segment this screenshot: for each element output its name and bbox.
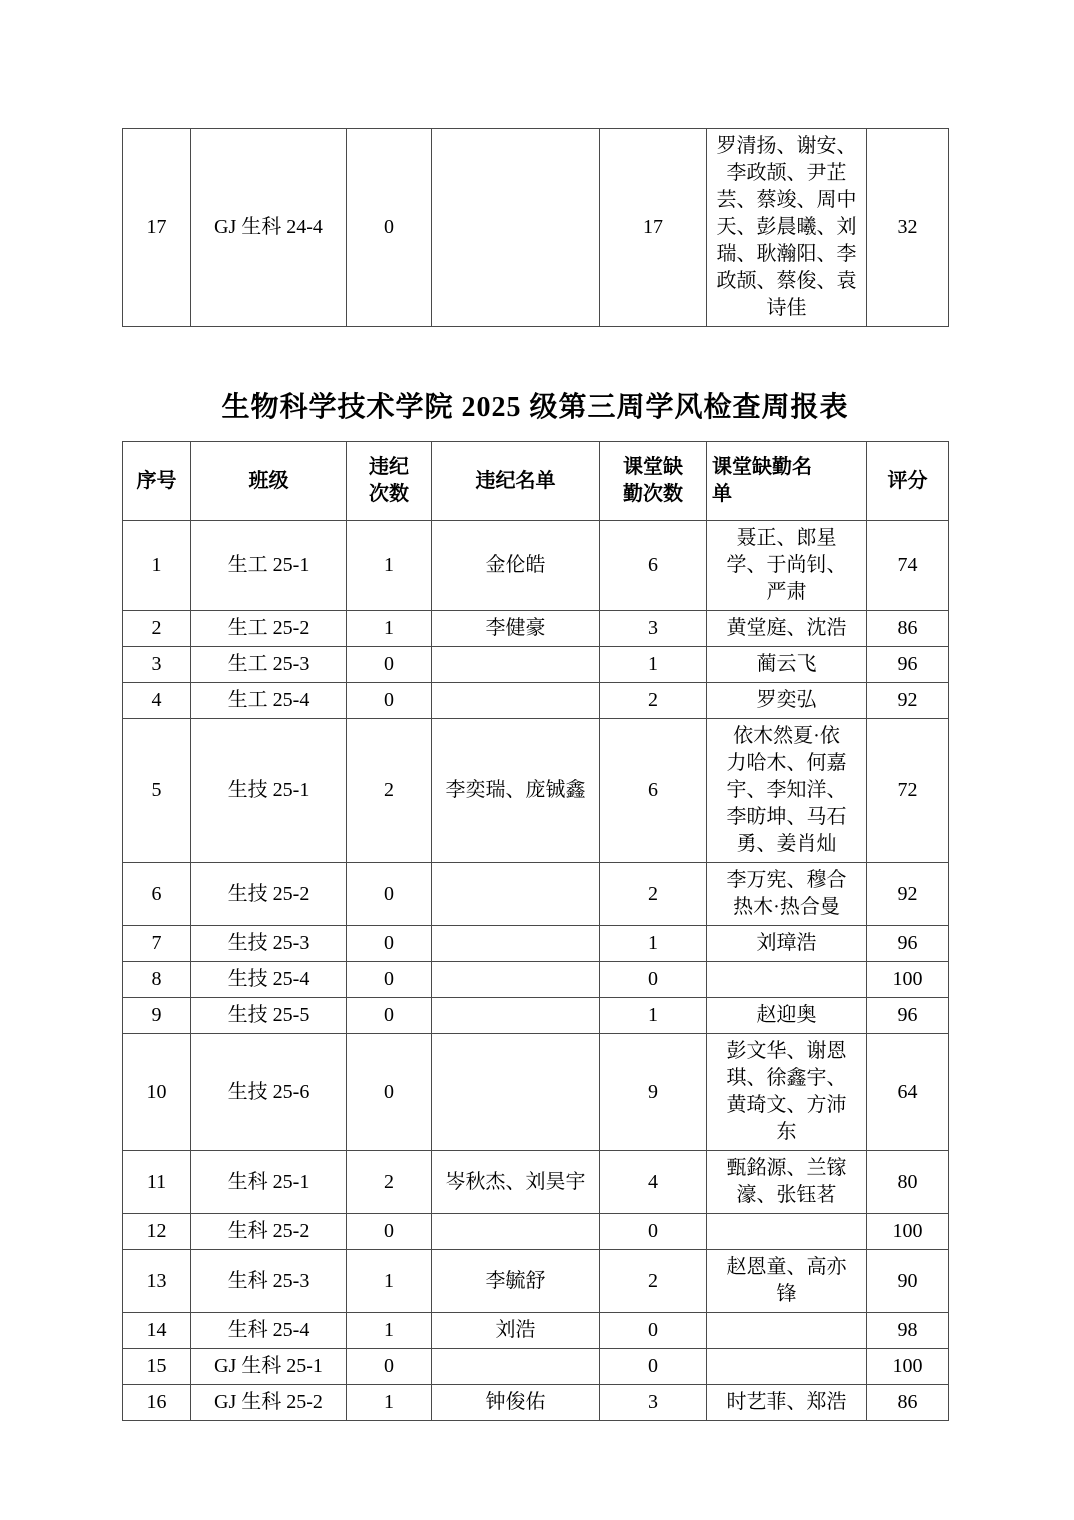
cell-score: 72 [867, 719, 949, 863]
cell-absence-count: 3 [600, 611, 707, 647]
report-table-row: 3生工 25-301蔺云飞96 [123, 647, 949, 683]
cell-violation-count: 2 [347, 719, 432, 863]
cell-class-name: 生科 25-1 [191, 1151, 347, 1214]
report-table-row: 5生技 25-12李奕瑞、庞铖鑫6依木然夏·依 力哈木、何嘉 宇、李知洋、 李昉… [123, 719, 949, 863]
report-table-row: 14生科 25-41刘浩098 [123, 1313, 949, 1349]
cell-absence-count: 2 [600, 863, 707, 926]
cell-row-number: 9 [123, 998, 191, 1034]
cell-violation-count: 1 [347, 611, 432, 647]
cell-violation-count: 0 [347, 1034, 432, 1151]
cell-absence-count: 9 [600, 1034, 707, 1151]
cell-absence-names: 罗奕弘 [707, 683, 867, 719]
cell-absence-count: 17 [600, 129, 707, 327]
cell-violation-count: 2 [347, 1151, 432, 1214]
cell-absence-names: 罗清扬、谢安、 李政颉、尹芷 芸、蔡竣、周中 天、彭晨曦、刘 瑞、耿瀚阳、李 政… [707, 129, 867, 327]
cell-row-number: 13 [123, 1250, 191, 1313]
cell-violation-count: 0 [347, 1349, 432, 1385]
cell-violation-count: 0 [347, 926, 432, 962]
cell-score: 80 [867, 1151, 949, 1214]
cell-absence-count: 0 [600, 962, 707, 998]
page-title: 生物科学技术学院 2025 级第三周学风检查周报表 [122, 385, 948, 425]
cell-violation-names [432, 998, 600, 1034]
report-table-row: 11生科 25-12岑秋杰、刘昊宇4甄銘源、兰镓 濠、张钰茗80 [123, 1151, 949, 1214]
cell-violation-names [432, 129, 600, 327]
cell-violation-count: 0 [347, 962, 432, 998]
cell-score: 32 [867, 129, 949, 327]
cell-score: 74 [867, 521, 949, 611]
cell-violation-count: 1 [347, 1313, 432, 1349]
cell-score: 96 [867, 926, 949, 962]
cell-class-name: 生技 25-1 [191, 719, 347, 863]
cell-row-number: 17 [123, 129, 191, 327]
cell-absence-count: 3 [600, 1385, 707, 1421]
carryover-table: 17 GJ 生科 24-4 0 17 罗清扬、谢安、 李政颉、尹芷 芸、蔡竣、周… [122, 128, 949, 327]
cell-class-name: 生科 25-3 [191, 1250, 347, 1313]
cell-class-name: 生工 25-4 [191, 683, 347, 719]
report-table-row: 15GJ 生科 25-100100 [123, 1349, 949, 1385]
cell-violation-names: 刘浩 [432, 1313, 600, 1349]
cell-absence-count: 2 [600, 1250, 707, 1313]
cell-absence-count: 6 [600, 521, 707, 611]
cell-class-name: 生技 25-3 [191, 926, 347, 962]
report-table-row: 4生工 25-402罗奕弘92 [123, 683, 949, 719]
cell-violation-names: 李健豪 [432, 611, 600, 647]
cell-score: 86 [867, 611, 949, 647]
report-table-row: 7生技 25-301刘璋浩96 [123, 926, 949, 962]
report-table-row: 2生工 25-21李健豪3黄堂庭、沈浩86 [123, 611, 949, 647]
cell-violation-names [432, 1034, 600, 1151]
cell-class-name: 生技 25-2 [191, 863, 347, 926]
cell-violation-names: 金伦皓 [432, 521, 600, 611]
carryover-table-row: 17 GJ 生科 24-4 0 17 罗清扬、谢安、 李政颉、尹芷 芸、蔡竣、周… [123, 129, 949, 327]
cell-violation-names [432, 647, 600, 683]
report-table-row: 1生工 25-11金伦皓6聂正、郎星 学、于尚钊、 严肃74 [123, 521, 949, 611]
cell-violation-names [432, 1349, 600, 1385]
report-table-row: 13生科 25-31李毓舒2赵恩童、高亦 锋90 [123, 1250, 949, 1313]
cell-class-name: 生科 25-2 [191, 1214, 347, 1250]
cell-violation-names [432, 683, 600, 719]
cell-absence-names [707, 1313, 867, 1349]
report-table-header-row: 序号 班级 违纪 次数 违纪名单 课堂缺 勤次数 课堂缺勤名 单 评分 [123, 442, 949, 521]
cell-row-number: 3 [123, 647, 191, 683]
cell-violation-count: 0 [347, 998, 432, 1034]
cell-score: 100 [867, 1349, 949, 1385]
cell-class-name: GJ 生科 24-4 [191, 129, 347, 327]
header-class-name: 班级 [191, 442, 347, 521]
cell-violation-count: 0 [347, 647, 432, 683]
cell-score: 100 [867, 962, 949, 998]
cell-absence-names: 赵恩童、高亦 锋 [707, 1250, 867, 1313]
cell-absence-names: 李万宪、穆合 热木·热合曼 [707, 863, 867, 926]
cell-score: 98 [867, 1313, 949, 1349]
cell-absence-names: 蔺云飞 [707, 647, 867, 683]
cell-absence-names: 依木然夏·依 力哈木、何嘉 宇、李知洋、 李昉坤、马石 勇、姜肖灿 [707, 719, 867, 863]
cell-class-name: GJ 生科 25-1 [191, 1349, 347, 1385]
report-table-row: 9生技 25-501赵迎奥96 [123, 998, 949, 1034]
cell-violation-names: 岑秋杰、刘昊宇 [432, 1151, 600, 1214]
cell-violation-count: 0 [347, 683, 432, 719]
cell-class-name: 生工 25-3 [191, 647, 347, 683]
cell-absence-names [707, 1214, 867, 1250]
cell-score: 86 [867, 1385, 949, 1421]
report-table-row: 6生技 25-202李万宪、穆合 热木·热合曼92 [123, 863, 949, 926]
cell-violation-count: 0 [347, 1214, 432, 1250]
cell-violation-names: 李毓舒 [432, 1250, 600, 1313]
cell-absence-names: 黄堂庭、沈浩 [707, 611, 867, 647]
cell-class-name: 生技 25-4 [191, 962, 347, 998]
report-table-row: 10生技 25-609彭文华、谢恩 琪、徐鑫宇、 黄琦文、方沛 东64 [123, 1034, 949, 1151]
cell-row-number: 5 [123, 719, 191, 863]
cell-absence-names: 赵迎奥 [707, 998, 867, 1034]
cell-score: 96 [867, 998, 949, 1034]
cell-violation-count: 1 [347, 521, 432, 611]
cell-absence-count: 6 [600, 719, 707, 863]
cell-violation-count: 1 [347, 1385, 432, 1421]
cell-score: 96 [867, 647, 949, 683]
cell-absence-names: 彭文华、谢恩 琪、徐鑫宇、 黄琦文、方沛 东 [707, 1034, 867, 1151]
header-absence-count: 课堂缺 勤次数 [600, 442, 707, 521]
cell-class-name: 生工 25-2 [191, 611, 347, 647]
header-absence-names: 课堂缺勤名 单 [707, 442, 867, 521]
cell-class-name: 生科 25-4 [191, 1313, 347, 1349]
cell-row-number: 14 [123, 1313, 191, 1349]
cell-absence-names: 时艺菲、郑浩 [707, 1385, 867, 1421]
cell-row-number: 7 [123, 926, 191, 962]
report-table: 序号 班级 违纪 次数 违纪名单 课堂缺 勤次数 课堂缺勤名 单 评分 1生工 … [122, 441, 949, 1421]
cell-row-number: 16 [123, 1385, 191, 1421]
cell-row-number: 10 [123, 1034, 191, 1151]
cell-row-number: 12 [123, 1214, 191, 1250]
cell-violation-names: 钟俊佑 [432, 1385, 600, 1421]
cell-absence-names: 刘璋浩 [707, 926, 867, 962]
cell-class-name: 生技 25-5 [191, 998, 347, 1034]
cell-violation-count: 0 [347, 863, 432, 926]
cell-row-number: 8 [123, 962, 191, 998]
cell-row-number: 6 [123, 863, 191, 926]
cell-score: 100 [867, 1214, 949, 1250]
cell-violation-names [432, 863, 600, 926]
report-table-row: 16GJ 生科 25-21钟俊佑3时艺菲、郑浩86 [123, 1385, 949, 1421]
cell-row-number: 15 [123, 1349, 191, 1385]
cell-class-name: 生技 25-6 [191, 1034, 347, 1151]
cell-class-name: 生工 25-1 [191, 521, 347, 611]
cell-absence-count: 0 [600, 1214, 707, 1250]
cell-absence-count: 1 [600, 647, 707, 683]
cell-violation-names [432, 926, 600, 962]
cell-score: 64 [867, 1034, 949, 1151]
cell-class-name: GJ 生科 25-2 [191, 1385, 347, 1421]
cell-score: 90 [867, 1250, 949, 1313]
cell-violation-names [432, 962, 600, 998]
header-violation-count: 违纪 次数 [347, 442, 432, 521]
cell-row-number: 11 [123, 1151, 191, 1214]
cell-absence-count: 0 [600, 1313, 707, 1349]
cell-score: 92 [867, 863, 949, 926]
header-violation-names: 违纪名单 [432, 442, 600, 521]
cell-absence-names: 甄銘源、兰镓 濠、张钰茗 [707, 1151, 867, 1214]
cell-absence-names: 聂正、郎星 学、于尚钊、 严肃 [707, 521, 867, 611]
cell-absence-names [707, 962, 867, 998]
cell-violation-names: 李奕瑞、庞铖鑫 [432, 719, 600, 863]
cell-absence-count: 1 [600, 998, 707, 1034]
cell-violation-count: 1 [347, 1250, 432, 1313]
cell-absence-count: 2 [600, 683, 707, 719]
cell-score: 92 [867, 683, 949, 719]
cell-violation-names [432, 1214, 600, 1250]
cell-violation-count: 0 [347, 129, 432, 327]
header-score: 评分 [867, 442, 949, 521]
cell-row-number: 4 [123, 683, 191, 719]
cell-row-number: 1 [123, 521, 191, 611]
header-row-number: 序号 [123, 442, 191, 521]
cell-absence-names [707, 1349, 867, 1385]
report-table-body: 1生工 25-11金伦皓6聂正、郎星 学、于尚钊、 严肃742生工 25-21李… [123, 521, 949, 1421]
cell-absence-count: 1 [600, 926, 707, 962]
cell-absence-count: 0 [600, 1349, 707, 1385]
report-table-row: 8生技 25-400100 [123, 962, 949, 998]
cell-absence-count: 4 [600, 1151, 707, 1214]
cell-row-number: 2 [123, 611, 191, 647]
document-page: 17 GJ 生科 24-4 0 17 罗清扬、谢安、 李政颉、尹芷 芸、蔡竣、周… [0, 0, 1074, 1520]
report-table-row: 12生科 25-200100 [123, 1214, 949, 1250]
